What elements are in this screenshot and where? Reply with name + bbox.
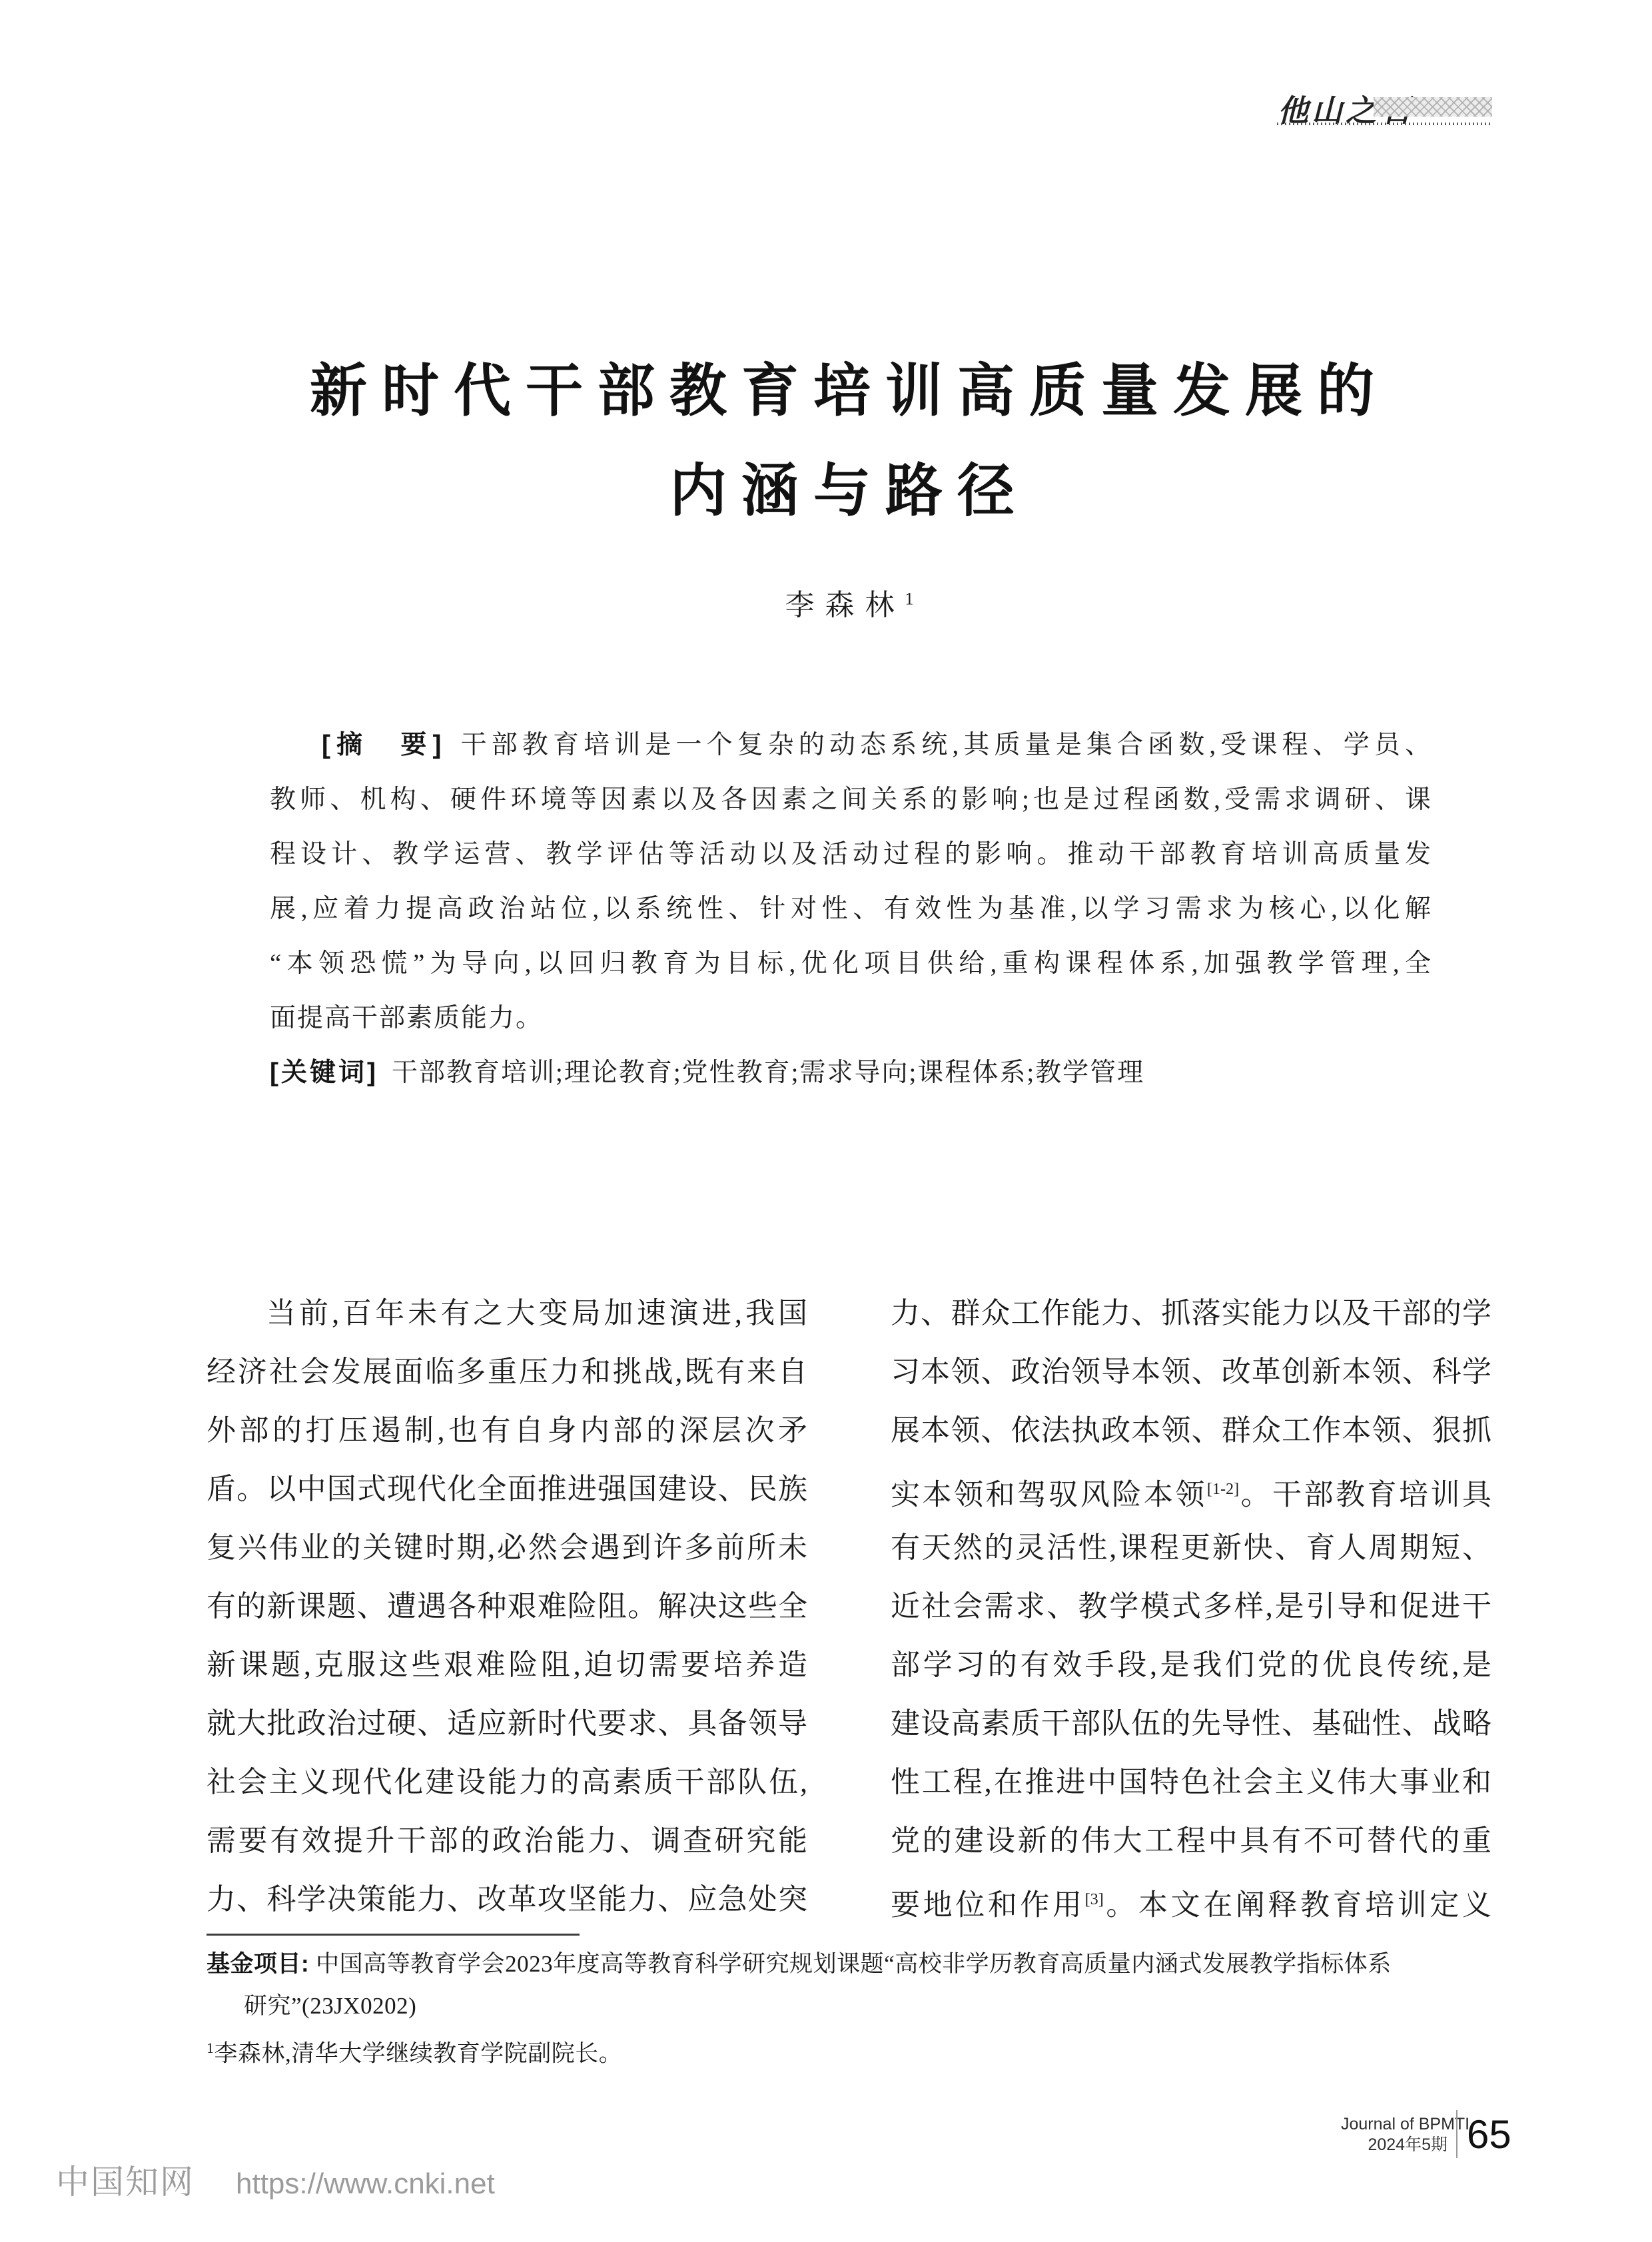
- body-line: 实本领和驾驭风险本领[1-2]。干部教育培训具: [891, 1460, 1492, 1519]
- body-line: 要地位和作用[3]。本文在阐释教育培训定义: [891, 1870, 1492, 1929]
- keywords-label: [关键词]: [270, 1058, 378, 1087]
- body-line: 展本领、依法执政本领、群众工作本领、狠抓落: [891, 1401, 1492, 1460]
- footer-divider: [1456, 2110, 1457, 2158]
- keywords-text: 干部教育培训;理论教育;党性教育;需求导向;课程体系;教学管理: [392, 1058, 1144, 1087]
- body-line: 经济社会发展面临多重压力和挑战,既有来自: [206, 1343, 808, 1401]
- body-line: 力、科学决策能力、改革攻坚能力、应急处突能: [206, 1870, 808, 1929]
- abstract-line: 展,应着力提高政治站位,以系统性、针对性、有效性为基准,以学习需求为核心,以化解: [270, 882, 1432, 936]
- abstract-line-text: 干部教育培训是一个复杂的动态系统,其质量是集合函数,受课程、学员、: [457, 731, 1432, 759]
- body-line: 有天然的灵活性,课程更新快、育人周期短、贴: [891, 1519, 1492, 1577]
- body-line: 盾。以中国式现代化全面推进强国建设、民族: [206, 1460, 808, 1519]
- journal-page: 他山之石 新时代干部教育培训高质量发展的 内涵与路径 李森林1 [摘 要]干部教…: [0, 0, 1652, 2242]
- author-note-text: 李森林,清华大学继续教育学院副院长。: [214, 2041, 623, 2067]
- article-title: 新时代干部教育培训高质量发展的 内涵与路径: [206, 341, 1492, 541]
- author: 李森林1: [206, 581, 1492, 623]
- author-note-superscript: 1: [206, 2040, 214, 2056]
- fund-line-2: 研究”(23JX0202): [206, 1985, 1475, 2027]
- body-line: 建设高素质干部队伍的先导性、基础性、战略: [891, 1694, 1492, 1753]
- cnki-watermark: 中国知网 https://www.cnki.net: [56, 2155, 495, 2203]
- body-line: 外部的打压遏制,也有自身内部的深层次矛: [206, 1401, 808, 1460]
- body-left-column: 当前,百年未有之大变局加速演进,我国 经济社会发展面临多重压力和挑战,既有来自 …: [206, 1284, 808, 1929]
- fund-text: 中国高等教育学会2023年度高等教育科学研究规划课题“高校非学历教育高质量内涵式…: [316, 1951, 1392, 1977]
- journal-issue: 2024年5期: [1341, 2135, 1447, 2155]
- page-number: 65: [1467, 2111, 1511, 2157]
- abstract-block: [摘 要]干部教育培训是一个复杂的动态系统,其质量是集合函数,受课程、学员、 教…: [270, 718, 1432, 1100]
- journal-name: Journal of BPMTI: [1341, 2113, 1447, 2135]
- body-line: 近社会需求、教学模式多样,是引导和促进干: [891, 1577, 1492, 1636]
- header-ornament-bar: [1374, 97, 1492, 117]
- body-line: 习本领、政治领导本领、改革创新本领、科学发: [891, 1343, 1492, 1401]
- body-right-column: 力、群众工作能力、抓落实能力以及干部的学 习本领、政治领导本领、改革创新本领、科…: [891, 1284, 1492, 1929]
- abstract-line: 教师、机构、硬件环境等因素以及各因素之间关系的影响;也是过程函数,受需求调研、课: [270, 773, 1432, 827]
- body-line: 当前,百年未有之大变局加速演进,我国: [206, 1284, 808, 1343]
- cnki-url: https://www.cnki.net: [236, 2167, 495, 2201]
- journal-info: Journal of BPMTI 2024年5期: [1341, 2113, 1447, 2155]
- fund-line-1: 基金项目:中国高等教育学会2023年度高等教育科学研究规划课题“高校非学历教育高…: [206, 1943, 1475, 1985]
- title-line-1: 新时代干部教育培训高质量发展的: [206, 341, 1492, 441]
- body-line: 性工程,在推进中国特色社会主义伟大事业和: [891, 1753, 1492, 1812]
- abstract-line: 程设计、教学运营、教学评估等活动以及活动过程的影响。推动干部教育培训高质量发: [270, 827, 1432, 882]
- body-line: 需要有效提升干部的政治能力、调查研究能: [206, 1812, 808, 1870]
- footnote-divider: [206, 1934, 580, 1936]
- title-line-2: 内涵与路径: [206, 441, 1492, 541]
- fund-label: 基金项目:: [206, 1951, 309, 1977]
- body-line: 有的新课题、遭遇各种艰难险阻。解决这些全: [206, 1577, 808, 1636]
- author-name: 李森林: [785, 589, 905, 621]
- author-superscript: 1: [905, 589, 914, 608]
- body-line: 部学习的有效手段,是我们党的优良传统,是: [891, 1636, 1492, 1694]
- body-line: 复兴伟业的关键时期,必然会遇到许多前所未: [206, 1519, 808, 1577]
- abstract-line: “本领恐慌”为导向,以回归教育为目标,优化项目供给,重构课程体系,加强教学管理,…: [270, 936, 1432, 991]
- header-dotted-rule: [1277, 123, 1492, 125]
- keywords-line: [关键词]干部教育培训;理论教育;党性教育;需求导向;课程体系;教学管理: [270, 1046, 1432, 1100]
- body-line: 就大批政治过硬、适应新时代要求、具备领导: [206, 1694, 808, 1753]
- body-line: 党的建设新的伟大工程中具有不可替代的重: [891, 1812, 1492, 1870]
- author-note: 1李森林,清华大学继续教育学院副院长。: [206, 2027, 1475, 2075]
- body-line: 力、群众工作能力、抓落实能力以及干部的学: [891, 1284, 1492, 1343]
- abstract-label: [摘 要]: [322, 731, 444, 759]
- footnotes: 基金项目:中国高等教育学会2023年度高等教育科学研究规划课题“高校非学历教育高…: [206, 1943, 1475, 2075]
- abstract-line: [摘 要]干部教育培训是一个复杂的动态系统,其质量是集合函数,受课程、学员、: [270, 718, 1432, 773]
- footer-journal-block: Journal of BPMTI 2024年5期 65: [1341, 2110, 1511, 2158]
- abstract-line: 面提高干部素质能力。: [270, 991, 1432, 1046]
- cnki-logo-text: 中国知网: [56, 2155, 195, 2203]
- body-line: 新课题,克服这些艰难险阻,迫切需要培养造: [206, 1636, 808, 1694]
- body-line: 社会主义现代化建设能力的高素质干部队伍,: [206, 1753, 808, 1812]
